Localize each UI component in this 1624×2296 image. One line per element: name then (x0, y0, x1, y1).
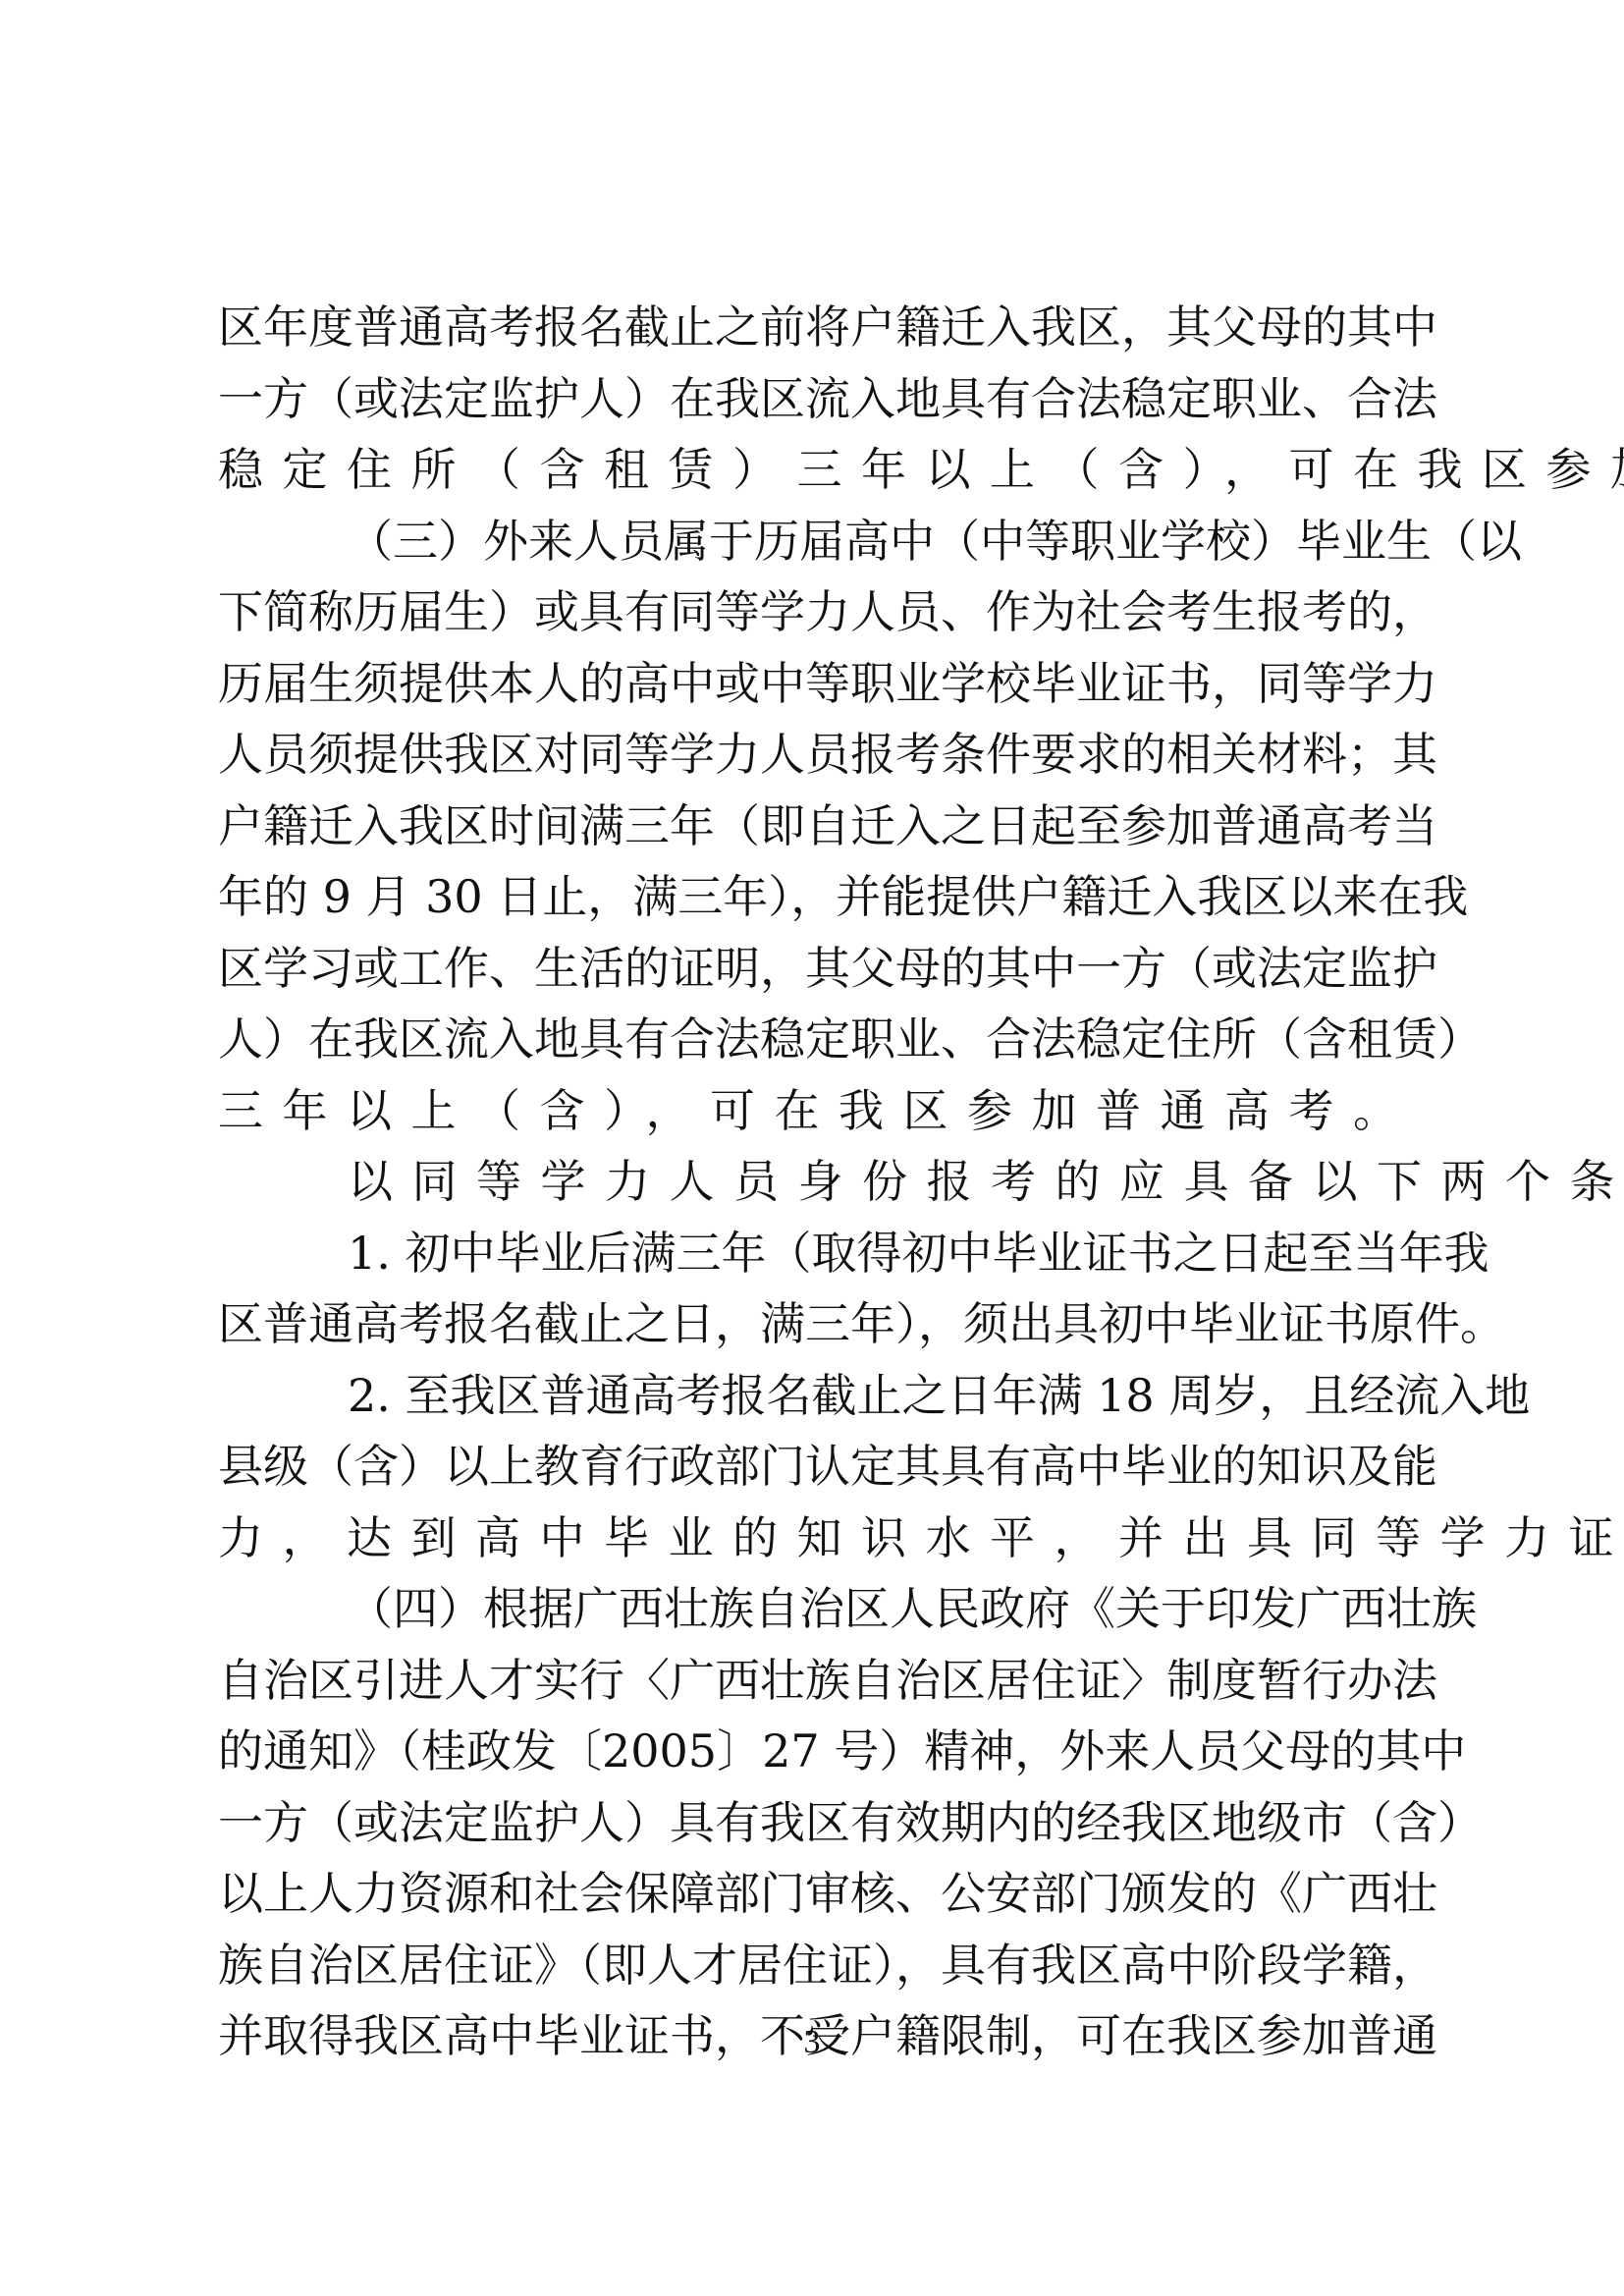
text-line: 区普通高考报名截止之日，满三年），须出具初中毕业证书原件。 (218, 1288, 1394, 1360)
paragraph-condition-2: 2. 至我区普通高考报名截止之日年满 18 周岁，且经流入地 县级（含）以上教育… (218, 1360, 1394, 1574)
text-line: 以同等学力人员身份报考的应具备以下两个条件之一： (218, 1146, 1394, 1218)
text-line: 一方（或法定监护人）在我区流入地具有合法稳定职业、合法 (218, 363, 1394, 435)
text-line: 力，达到高中毕业的知识水平，并出具同等学力证明材料。 (218, 1503, 1394, 1574)
text-line: 1. 初中毕业后满三年（取得初中毕业证书之日起至当年我 (218, 1218, 1394, 1289)
text-line: 县级（含）以上教育行政部门认定其具有高中毕业的知识及能 (218, 1431, 1394, 1503)
text-line: 自治区引进人才实行〈广西壮族自治区居住证〉制度暂行办法 (218, 1645, 1394, 1717)
text-line: （三）外来人员属于历届高中（中等职业学校）毕业生（以 (218, 506, 1394, 577)
text-line: 族自治区居住证》（即人才居住证），具有我区高中阶段学籍， (218, 1930, 1394, 2001)
text-line: 下简称历届生）或具有同等学力人员、作为社会考生报考的， (218, 576, 1394, 648)
document-page: 区年度普通高考报名截止之前将户籍迁入我区，其父母的其中 一方（或法定监护人）在我… (0, 0, 1624, 2296)
text-line: 户籍迁入我区时间满三年（即自迁入之日起至参加普通高考当 (218, 791, 1394, 862)
text-line: （四）根据广西壮族自治区人民政府《关于印发广西壮族 (218, 1573, 1394, 1645)
text-line: 年的 9 月 30 日止，满三年），并能提供户籍迁入我区以来在我 (218, 861, 1394, 933)
paragraph-item-3: （三）外来人员属于历届高中（中等职业学校）毕业生（以 下简称历届生）或具有同等学… (218, 506, 1394, 1147)
paragraph-equivalent-intro: 以同等学力人员身份报考的应具备以下两个条件之一： (218, 1146, 1394, 1218)
text-line: 人员须提供我区对同等学力人员报考条件要求的相关材料；其 (218, 719, 1394, 791)
text-line: 2. 至我区普通高考报名截止之日年满 18 周岁，且经流入地 (218, 1360, 1394, 1432)
text-line: 区年度普通高考报名截止之前将户籍迁入我区，其父母的其中 (218, 292, 1394, 363)
page-number: 3 (0, 2023, 1624, 2062)
body-text: 区年度普通高考报名截止之前将户籍迁入我区，其父母的其中 一方（或法定监护人）在我… (218, 292, 1394, 2072)
text-line: 的通知》（桂政发〔2005〕27 号）精神，外来人员父母的其中 (218, 1716, 1394, 1787)
text-line: 一方（或法定监护人）具有我区有效期内的经我区地级市（含） (218, 1787, 1394, 1859)
text-line: 三年以上（含），可在我区参加普通高考。 (218, 1075, 1394, 1147)
text-line: 历届生须提供本人的高中或中等职业学校毕业证书，同等学力 (218, 648, 1394, 720)
text-line: 区学习或工作、生活的证明，其父母的其中一方（或法定监护 (218, 933, 1394, 1005)
text-line: 以上人力资源和社会保障部门审核、公安部门颁发的《广西壮 (218, 1858, 1394, 1930)
paragraph-continuation: 区年度普通高考报名截止之前将户籍迁入我区，其父母的其中 一方（或法定监护人）在我… (218, 292, 1394, 506)
text-line: 稳定住所（含租赁）三年以上（含），可在我区参加普通高考。 (218, 434, 1394, 506)
paragraph-item-4: （四）根据广西壮族自治区人民政府《关于印发广西壮族 自治区引进人才实行〈广西壮族… (218, 1573, 1394, 2072)
paragraph-condition-1: 1. 初中毕业后满三年（取得初中毕业证书之日起至当年我 区普通高考报名截止之日，… (218, 1218, 1394, 1360)
text-line: 人）在我区流入地具有合法稳定职业、合法稳定住所（含租赁） (218, 1004, 1394, 1075)
